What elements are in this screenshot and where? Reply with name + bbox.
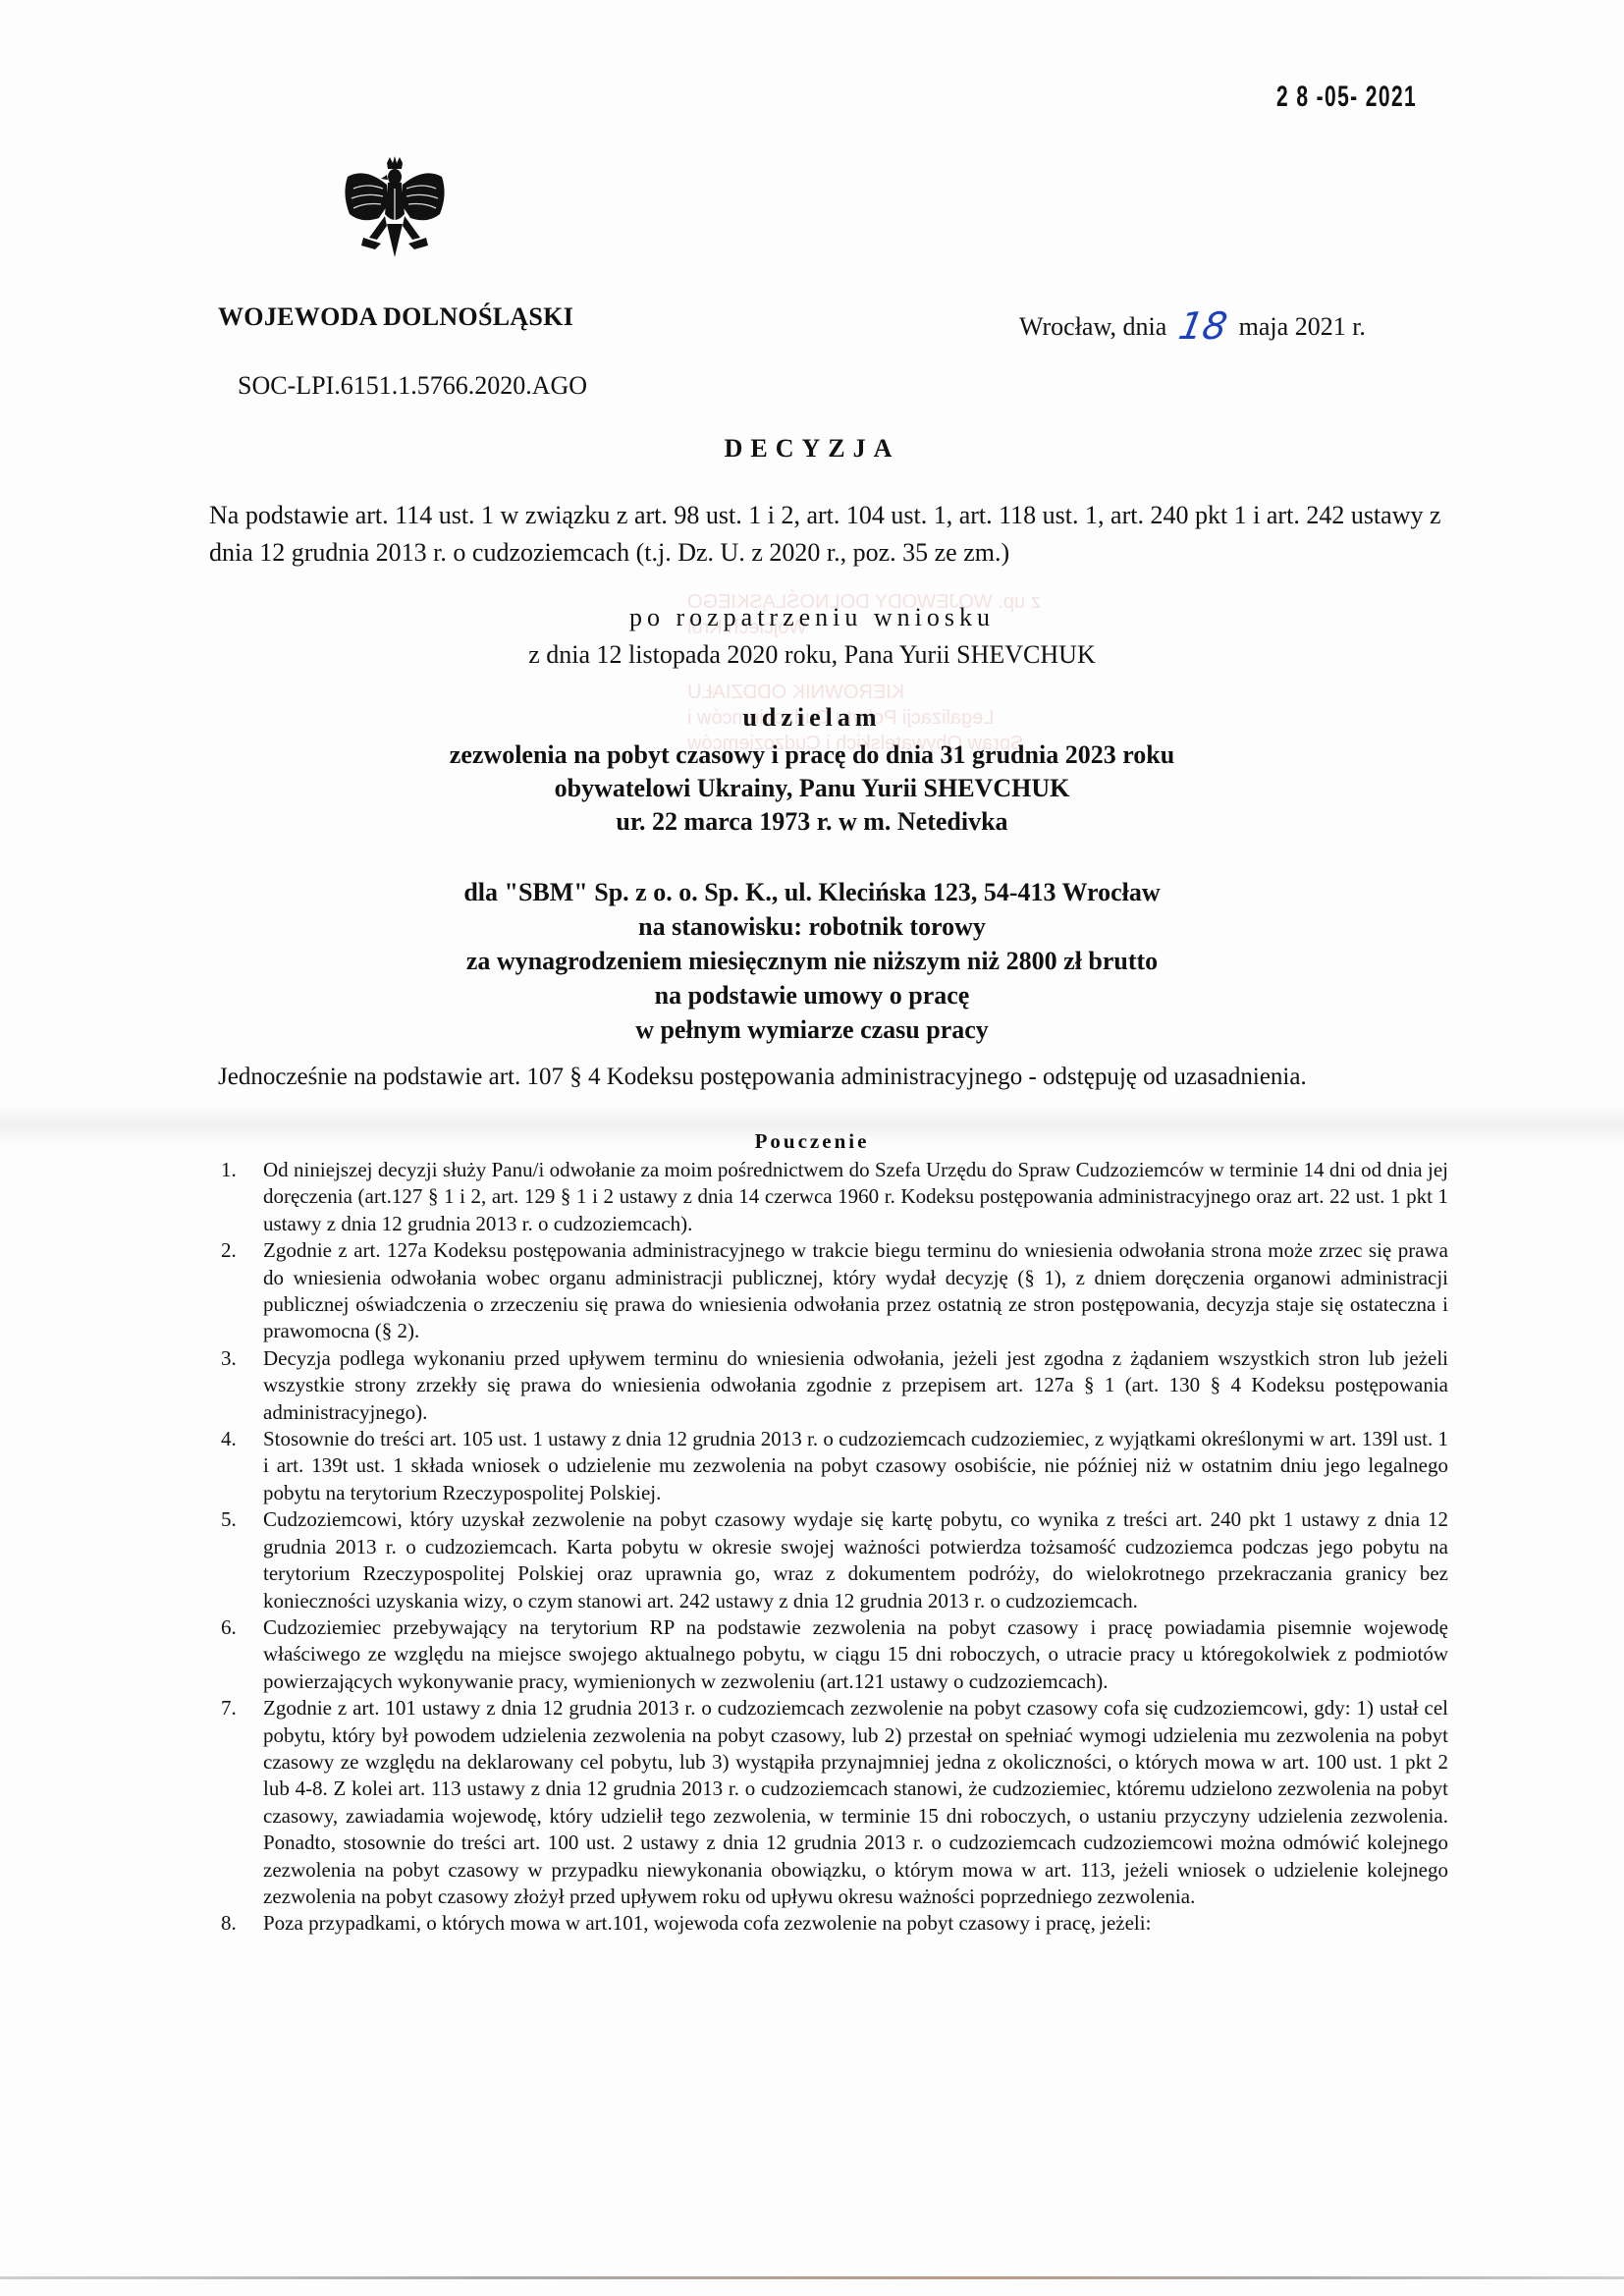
document-title: DECYZJA [0,434,1624,464]
grant-details: zezwolenia na pobyt czasowy i pracę do d… [0,738,1624,839]
case-reference: SOC-LPI.6151.1.5766.2020.AGO [238,371,587,401]
instruction-item: 6. Cudzoziemiec przebywający na terytori… [221,1614,1448,1695]
received-date-stamp: 2 8 -05- 2021 [1276,81,1417,114]
employer-line: na stanowisku: robotnik torowy [0,909,1624,944]
instruction-text: Zgodnie z art. 127a Kodeksu postępowania… [263,1237,1448,1345]
employer-line: za wynagrodzeniem miesięcznym nie niższy… [0,944,1624,978]
instruction-number: 6. [221,1614,263,1695]
after-review-heading: po rozpatrzeniu wniosku [0,603,1624,632]
stamp-line: KIEROWNIK ODDZIAŁU [687,680,1237,705]
instruction-item: 3. Decyzja podlega wykonaniu przed upływ… [221,1345,1448,1426]
place-date-suffix: maja 2021 r. [1239,312,1366,341]
grant-line: ur. 22 marca 1973 r. w m. Netedivka [0,805,1624,839]
instruction-number: 8. [221,1910,263,1937]
employer-line: na podstawie umowy o pracę [0,978,1624,1012]
place-date-prefix: Wrocław, dnia [1019,312,1166,341]
grant-heading: udzielam [0,703,1624,733]
instruction-text: Od niniejszej decyzji służy Panu/i odwoł… [263,1157,1448,1237]
instruction-text: Cudzoziemiec przebywający na terytorium … [263,1614,1448,1695]
instruction-text: Decyzja podlega wykonaniu przed upływem … [263,1345,1448,1426]
instructions-list: 1. Od niniejszej decyzji służy Panu/i od… [221,1157,1448,1938]
instruction-number: 2. [221,1237,263,1345]
polish-eagle-emblem-icon [336,155,454,278]
handwritten-day: 18 [1175,304,1230,348]
employer-line: dla "SBM" Sp. z o. o. Sp. K., ul. Kleciń… [0,875,1624,909]
instruction-text: Cudzoziemcowi, który uzyskał zezwolenie … [263,1506,1448,1614]
document-page: z up. WOJEWODY DOLNOŚLĄSKIEGO Wojciech K… [0,0,1624,2296]
instruction-number: 3. [221,1345,263,1426]
instruction-number: 7. [221,1695,263,1910]
waiver-of-justification: Jednocześnie na podstawie art. 107 § 4 K… [218,1064,1307,1091]
instruction-item: 4. Stosownie do treści art. 105 ust. 1 u… [221,1426,1448,1506]
instruction-item: 7. Zgodnie z art. 101 ustawy z dnia 12 g… [221,1695,1448,1910]
legal-basis: Na podstawie art. 114 ust. 1 w związku z… [209,497,1446,572]
employer-line: w pełnym wymiarze czasu pracy [0,1012,1624,1047]
instruction-text: Poza przypadkami, o których mowa w art.1… [263,1910,1448,1937]
instruction-item: 5. Cudzoziemcowi, który uzyskał zezwolen… [221,1506,1448,1614]
paper-bottom-edge [0,2276,1624,2279]
instruction-number: 5. [221,1506,263,1614]
grant-line: zezwolenia na pobyt czasowy i pracę do d… [0,738,1624,772]
instruction-text: Zgodnie z art. 101 ustawy z dnia 12 grud… [263,1695,1448,1910]
issuing-authority: WOJEWODA DOLNOŚLĄSKI [218,302,573,332]
instruction-item: 1. Od niniejszej decyzji służy Panu/i od… [221,1157,1448,1237]
instruction-item: 2. Zgodnie z art. 127a Kodeksu postępowa… [221,1237,1448,1345]
place-and-date: Wrocław, dnia 18 maja 2021 r. [1019,301,1366,344]
instruction-text: Stosownie do treści art. 105 ust. 1 usta… [263,1426,1448,1506]
instruction-item: 8. Poza przypadkami, o których mowa w ar… [221,1910,1448,1937]
employer-details: dla "SBM" Sp. z o. o. Sp. K., ul. Kleciń… [0,875,1624,1047]
instructions-heading: Pouczenie [0,1129,1624,1154]
grant-line: obywatelowi Ukrainy, Panu Yurii SHEVCHUK [0,772,1624,805]
after-review-line: z dnia 12 listopada 2020 roku, Pana Yuri… [0,640,1624,670]
instruction-number: 1. [221,1157,263,1237]
instruction-number: 4. [221,1426,263,1506]
